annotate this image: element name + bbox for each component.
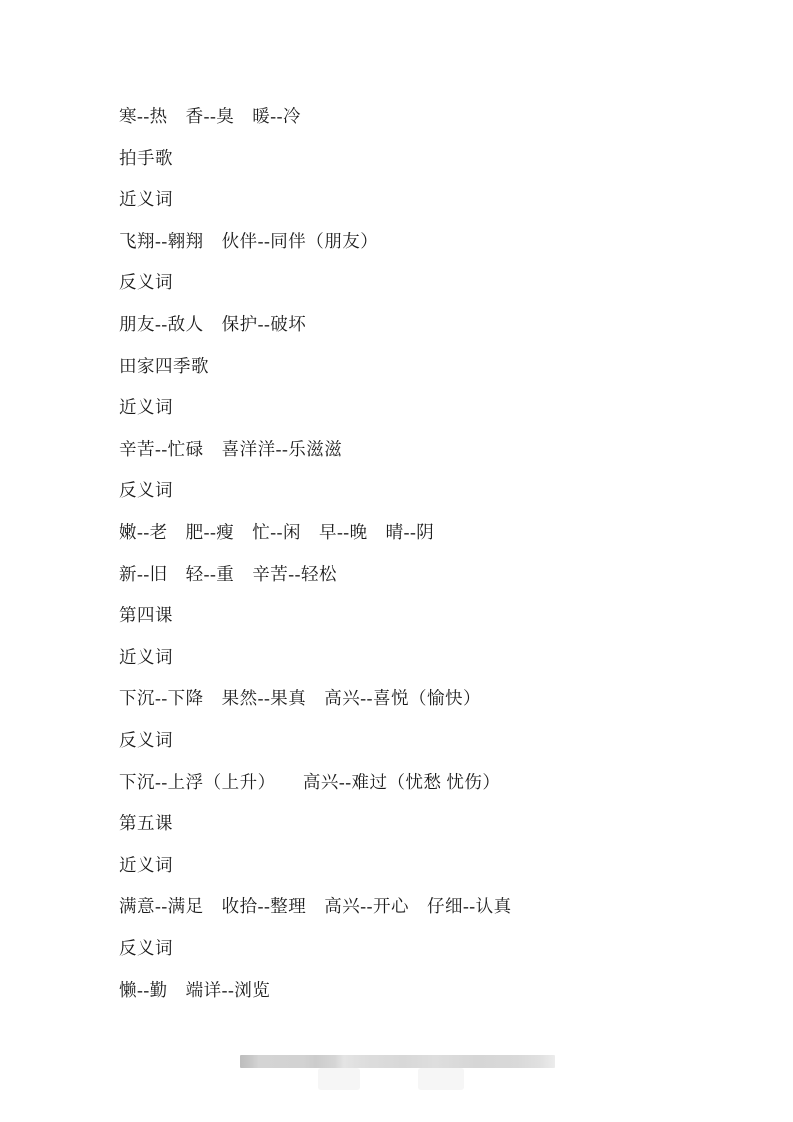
word-pairs-line: 懒--勤 端详--浏览 <box>119 969 763 1011</box>
lesson-title-line: 拍手歌 <box>119 138 763 180</box>
word-pairs-line: 朋友--敌人 保护--破坏 <box>119 304 763 346</box>
lesson-title-line: 田家四季歌 <box>119 346 763 388</box>
section-heading-line: 近义词 <box>119 637 763 679</box>
word-pairs-line: 下沉--上浮（上升） 高兴--难过（忧愁 忧伤） <box>119 762 763 804</box>
section-heading-line: 近义词 <box>119 387 763 429</box>
word-pairs-line: 新--旧 轻--重 辛苦--轻松 <box>119 554 763 596</box>
word-pairs-line: 飞翔--翱翔 伙伴--同伴（朋友） <box>119 221 763 263</box>
document-page: 寒--热 香--臭 暖--冷拍手歌近义词飞翔--翱翔 伙伴--同伴（朋友）反义词… <box>0 0 793 1122</box>
section-heading-line: 近义词 <box>119 179 763 221</box>
section-heading-line: 反义词 <box>119 928 763 970</box>
word-pairs-line: 嫩--老 肥--瘦 忙--闲 早--晚 晴--阴 <box>119 512 763 554</box>
section-heading-line: 近义词 <box>119 845 763 887</box>
section-heading-line: 反义词 <box>119 720 763 762</box>
blurred-watermark <box>240 1055 555 1068</box>
section-heading-line: 反义词 <box>119 470 763 512</box>
lesson-title-line: 第四课 <box>119 595 763 637</box>
section-heading-line: 反义词 <box>119 262 763 304</box>
lesson-title-line: 第五课 <box>119 803 763 845</box>
word-pairs-line: 满意--满足 收拾--整理 高兴--开心 仔细--认真 <box>119 886 763 928</box>
word-pairs-line: 辛苦--忙碌 喜洋洋--乐滋滋 <box>119 429 763 471</box>
word-pairs-line: 下沉--下降 果然--果真 高兴--喜悦（愉快） <box>119 678 763 720</box>
word-pairs-line: 寒--热 香--臭 暖--冷 <box>119 96 763 138</box>
watermark-ghost-blob <box>418 1068 464 1090</box>
document-content: 寒--热 香--臭 暖--冷拍手歌近义词飞翔--翱翔 伙伴--同伴（朋友）反义词… <box>119 96 763 1011</box>
watermark-ghost-blob <box>318 1068 360 1090</box>
